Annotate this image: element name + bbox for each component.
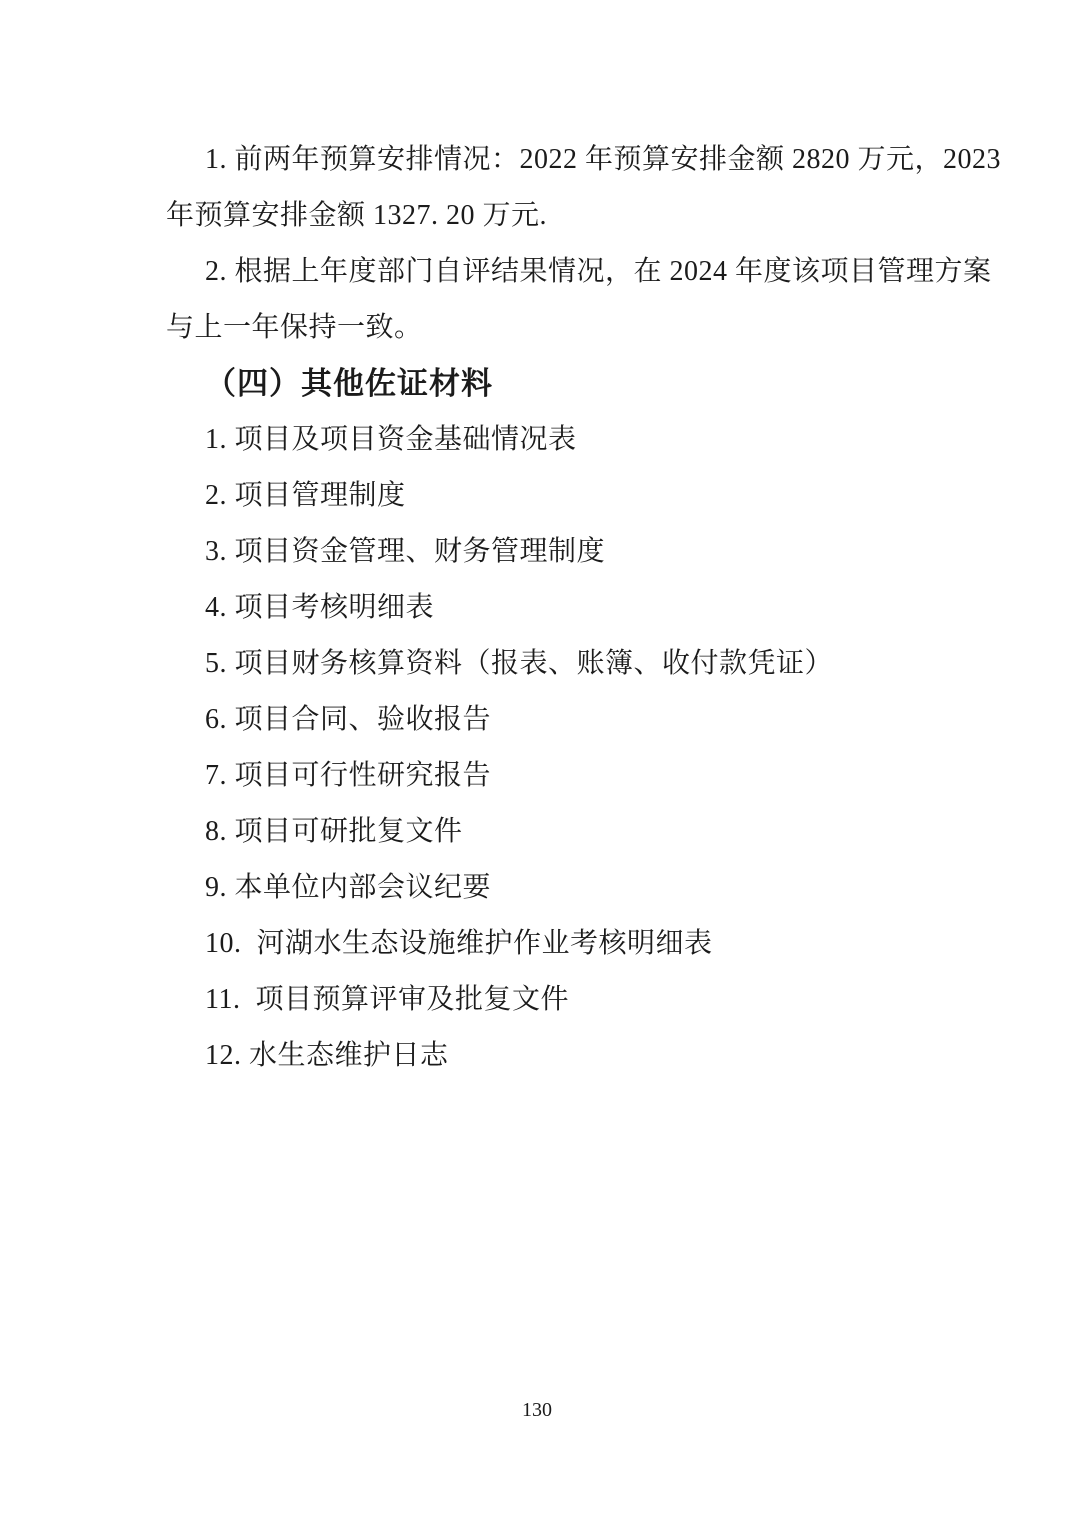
list-item-2: 2. 项目管理制度 (166, 468, 910, 524)
list-item-8: 8. 项目可研批复文件 (166, 804, 910, 860)
paragraph-1-line-1: 1. 前两年预算安排情况：2022 年预算安排金额 2820 万元，2023 (166, 132, 910, 188)
list-item-5: 5. 项目财务核算资料（报表、账簿、收付款凭证） (166, 636, 910, 692)
section-heading: （四）其他佐证材料 (166, 356, 910, 412)
page-content: 1. 前两年预算安排情况：2022 年预算安排金额 2820 万元，2023 年… (166, 132, 910, 1084)
list-item-1: 1. 项目及项目资金基础情况表 (166, 412, 910, 468)
list-item-11: 11. 项目预算评审及批复文件 (166, 972, 910, 1028)
list-item-3: 3. 项目资金管理、财务管理制度 (166, 524, 910, 580)
paragraph-2-line-2: 与上一年保持一致。 (166, 300, 910, 356)
list-item-9: 9. 本单位内部会议纪要 (166, 860, 910, 916)
list-item-10: 10. 河湖水生态设施维护作业考核明细表 (166, 916, 910, 972)
page-number: 130 (0, 1395, 1074, 1425)
list-item-7: 7. 项目可行性研究报告 (166, 748, 910, 804)
list-item-6: 6. 项目合同、验收报告 (166, 692, 910, 748)
list-item-4: 4. 项目考核明细表 (166, 580, 910, 636)
list-item-12: 12. 水生态维护日志 (166, 1028, 910, 1084)
paragraph-2-line-1: 2. 根据上年度部门自评结果情况，在 2024 年度该项目管理方案 (166, 244, 910, 300)
document-page: 1. 前两年预算安排情况：2022 年预算安排金额 2820 万元，2023 年… (0, 0, 1074, 1520)
paragraph-1-line-2: 年预算安排金额 1327. 20 万元. (166, 188, 910, 244)
